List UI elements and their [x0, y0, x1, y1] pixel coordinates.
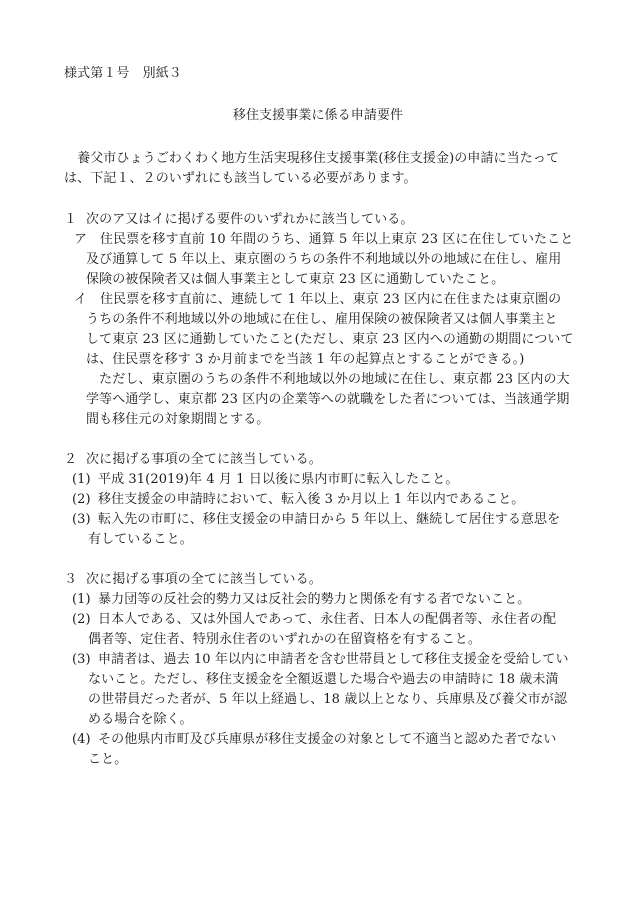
item-line: 保険の被保険者又は個人事業主として東京 23 区に通勤していたこと。 [86, 270, 504, 290]
item-line: 申請者は、過去 10 年以内に申請者を含む世帯員として移住支援金を受給してい [98, 650, 569, 670]
item-line: ないこと。ただし、移住支援金を全額返還した場合や過去の申請時に 18 歳未満 [88, 670, 559, 690]
item-line: 日本人である、又は外国人であって、永住者、日本人の配偶者等、永住者の配 [98, 610, 556, 630]
section-number: ３ [64, 570, 86, 590]
item-line: ただし、東京圏のうちの条件不利地域以外の地域に在住し、東京都 23 区内の大 [86, 370, 570, 390]
item-i-marker: イ [74, 290, 87, 310]
form-id: 様式第１号 別紙３ [64, 64, 182, 84]
item-line: 間も移住元の対象期間とする。 [86, 410, 269, 430]
item-marker: (3) [72, 510, 91, 530]
item-line: 及び通算して 5 年以上、東京圏のうちの条件不利地域以外の地域に在住し、雇用 [86, 250, 561, 270]
section-3-heading: ３次に掲げる事項の全てに該当している。 [64, 570, 322, 590]
item-line: は、住民票を移す 3 か月前までを当該 1 年の起算点とすることができる。) [86, 350, 524, 370]
item-marker: (1) [72, 470, 91, 490]
item-line: して東京 23 区に通勤していたこと(ただし、東京 23 区内への通勤の期間につ… [86, 330, 574, 350]
intro-line: 養父市ひょうごわくわく地方生活実現移住支援事業(移住支援金)の申請に当たって [64, 149, 559, 169]
section-heading-text: 次に掲げる事項の全てに該当している。 [86, 572, 322, 587]
section-1-heading: １次のア又はイに掲げる要件のいずれかに該当している。 [64, 210, 414, 230]
item-marker: (2) [72, 490, 91, 510]
item-line: 転入先の市町に、移住支援金の申請日から 5 年以上、継続して居住する意思を [98, 510, 560, 530]
item-marker: (2) [72, 610, 91, 630]
section-heading-text: 次に掲げる事項の全てに該当している。 [86, 452, 322, 467]
section-number: ２ [64, 450, 86, 470]
item-marker: (3) [72, 650, 91, 670]
item-line: 有していること。 [88, 530, 193, 550]
item-marker: (4) [72, 730, 91, 750]
item-line: の世帯員だった者が、5 年以上経過し、18 歳以上となり、兵庫県及び養父市が認 [88, 690, 567, 710]
item-line: 住民票を移す直前 10 年間のうち、通算 5 年以上東京 23 区に在住していた… [100, 230, 573, 250]
item-line: 暴力団等の反社会的勢力又は反社会的勢力と関係を有する者でないこと。 [98, 590, 530, 610]
intro-line: は、下記１、２のいずれにも該当している必要があります。 [64, 169, 417, 189]
item-a-marker: ア [74, 230, 87, 250]
item-line: 偶者等、定住者、特別永住者のいずれかの在留資格を有すること。 [88, 630, 481, 650]
item-line: うちの条件不利地域以外の地域に在住し、雇用保険の被保険者又は個人事業主と [86, 310, 558, 330]
section-heading-text: 次のア又はイに掲げる要件のいずれかに該当している。 [86, 212, 414, 227]
section-2-heading: ２次に掲げる事項の全てに該当している。 [64, 450, 322, 470]
item-line: 移住支援金の申請時において、転入後 3 か月以上 1 年以内であること。 [98, 490, 524, 510]
item-line: 学等へ通学し、東京都 23 区内の企業等への就職をした者については、当該通学期 [86, 390, 569, 410]
item-marker: (1) [72, 590, 91, 610]
item-line: こと。 [88, 750, 127, 770]
section-number: １ [64, 210, 86, 230]
item-line: 住民票を移す直前に、連続して 1 年以上、東京 23 区内に在住または東京圏の [100, 290, 561, 310]
item-line: その他県内市町及び兵庫県が移住支援金の対象として不適当と認めた者でない [98, 730, 557, 750]
item-line: める場合を除く。 [88, 710, 193, 730]
item-line: 平成 31(2019)年 4 月 1 日以後に県内市町に転入したこと。 [98, 470, 458, 490]
document-title: 移住支援事業に係る申請要件 [64, 106, 572, 126]
